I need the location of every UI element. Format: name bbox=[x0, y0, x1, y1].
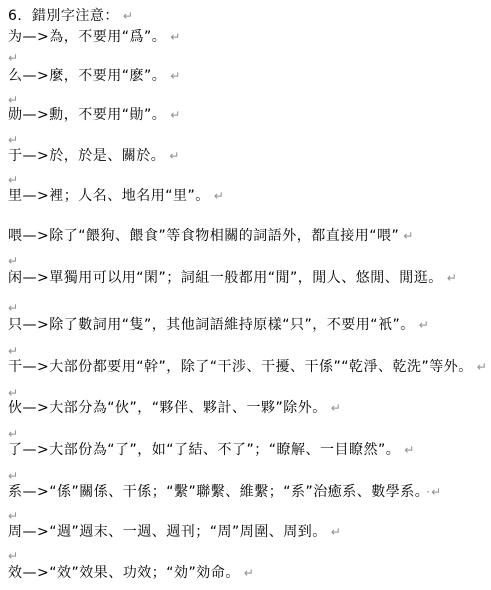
text-line: 闲—>單獨用可以用“閑”；詞組一般都用“閒”，閒人、悠閒、閒逛。↵ bbox=[8, 270, 458, 287]
document-page: 6．錯別字注意：↵为—>為，不要用“爲”。↵↵么—>麼，不要用“麽”。↵↵勋—>… bbox=[0, 0, 491, 590]
line-text: 只—>除了數詞用“隻”，其他詞語維持原樣“只”，不要用“衹”。 bbox=[8, 317, 415, 333]
blank-line: ↵ bbox=[8, 172, 19, 189]
line-text: 闲—>單獨用可以用“閑”；詞組一般都用“閒”，閒人、悠閒、閒逛。 bbox=[8, 270, 443, 286]
paragraph-mark-icon: ↵ bbox=[447, 271, 458, 285]
paragraph-mark-icon: ↵ bbox=[419, 318, 430, 332]
text-line: 为—>為，不要用“爲”。↵ bbox=[8, 29, 181, 46]
paragraph-mark-icon: ↵ bbox=[8, 427, 19, 441]
paragraph-mark-icon: ↵ bbox=[8, 51, 19, 65]
text-line: 干—>大部份都要用“幹”，除了“干涉、干擾、干係”“乾淨、乾洗”等外。↵ bbox=[8, 359, 488, 376]
paragraph-mark-icon: ↵ bbox=[8, 133, 19, 147]
text-line: 里—>裡；人名、地名用“里”。↵ bbox=[8, 188, 225, 205]
paragraph-mark-icon: ↵ bbox=[123, 9, 134, 23]
text-line: 喂—>除了“餵狗、餵食”等食物相關的詞語外，都直接用“喂”↵ bbox=[8, 228, 414, 245]
paragraph-mark-icon: ↵ bbox=[8, 254, 19, 268]
blank-line: ↵ bbox=[8, 343, 19, 360]
paragraph-mark-icon: ↵ bbox=[8, 549, 19, 563]
paragraph-mark-icon: ↵ bbox=[170, 108, 181, 122]
text-line: 了—>大部份為“了”，如“了結、不了”；“瞭解、一目瞭然”。↵ bbox=[8, 442, 415, 459]
text-line: 6．錯別字注意：↵ bbox=[8, 8, 134, 25]
blank-line: ↵ bbox=[8, 300, 19, 317]
blank-line: ↵ bbox=[8, 468, 19, 485]
text-line: 周—>“週”週末、一週、週刊；“周”周圍、周到。↵ bbox=[8, 524, 342, 541]
paragraph-mark-icon: ↵ bbox=[170, 69, 181, 83]
paragraph-mark-icon: ↵ bbox=[403, 229, 414, 243]
text-line: 只—>除了數詞用“隻”，其他詞語維持原樣“只”，不要用“衹”。↵ bbox=[8, 317, 430, 334]
paragraph-mark-icon: ↵ bbox=[404, 443, 415, 457]
blank-line: ↵ bbox=[8, 132, 19, 149]
line-text: 为—>為，不要用“爲”。 bbox=[8, 29, 166, 45]
blank-line: ↵ bbox=[8, 50, 19, 67]
paragraph-mark-icon: ↵ bbox=[8, 173, 19, 187]
paragraph-mark-icon: ↵ bbox=[170, 30, 181, 44]
paragraph-mark-icon: ↵ bbox=[244, 566, 255, 580]
line-text: 于—>於，於是、關於。 bbox=[8, 148, 165, 164]
paragraph-mark-icon: ↵ bbox=[8, 469, 19, 483]
paragraph-mark-icon: ↵ bbox=[477, 360, 488, 374]
line-text: 么—>麼，不要用“麽”。 bbox=[8, 68, 166, 84]
paragraph-mark-icon: ↵ bbox=[214, 189, 225, 203]
paragraph-mark-icon: ↵ bbox=[169, 149, 180, 163]
line-text: 系—>“係”關係、干係；“繫”聯繫、維繫；“系”治癒系、數學系。 bbox=[8, 484, 422, 500]
blank-line: ↵ bbox=[8, 426, 19, 443]
blank-line: ↵ bbox=[8, 253, 19, 270]
text-line: 勋—>勳，不要用“勛”。↵ bbox=[8, 107, 181, 124]
paragraph-mark-icon: ·↵ bbox=[426, 485, 442, 499]
text-line: 效—>“效”效果、功效；“効”効命。↵ bbox=[8, 565, 255, 582]
blank-line: ↵ bbox=[8, 548, 19, 565]
paragraph-mark-icon: ↵ bbox=[331, 525, 342, 539]
text-line: 系—>“係”關係、干係；“繫”聯繫、維繫；“系”治癒系、數學系。·↵ bbox=[8, 484, 442, 501]
line-text: 干—>大部份都要用“幹”，除了“干涉、干擾、干係”“乾淨、乾洗”等外。 bbox=[8, 359, 473, 375]
paragraph-mark-icon: ↵ bbox=[8, 93, 19, 107]
line-text: 效—>“效”效果、功效；“効”効命。 bbox=[8, 565, 240, 581]
line-text: 了—>大部份為“了”，如“了結、不了”；“瞭解、一目瞭然”。 bbox=[8, 442, 400, 458]
line-text: 喂—>除了“餵狗、餵食”等食物相關的詞語外，都直接用“喂” bbox=[8, 228, 399, 244]
line-text: 勋—>勳，不要用“勛”。 bbox=[8, 107, 166, 123]
text-line: 伙—>大部分為“伙”，“夥伴、夥計、一夥”除外。↵ bbox=[8, 400, 342, 417]
paragraph-mark-icon: ↵ bbox=[8, 301, 19, 315]
paragraph-mark-icon: ↵ bbox=[8, 386, 19, 400]
line-text: 伙—>大部分為“伙”，“夥伴、夥計、一夥”除外。 bbox=[8, 400, 327, 416]
text-line: 么—>麼，不要用“麽”。↵ bbox=[8, 68, 181, 85]
line-text: 里—>裡；人名、地名用“里”。 bbox=[8, 188, 210, 204]
line-text: 6．錯別字注意： bbox=[8, 8, 119, 24]
blank-line: ↵ bbox=[8, 508, 19, 525]
text-line: 于—>於，於是、關於。↵ bbox=[8, 148, 180, 165]
line-text: 周—>“週”週末、一週、週刊；“周”周圍、周到。 bbox=[8, 524, 327, 540]
paragraph-mark-icon: ↵ bbox=[8, 509, 19, 523]
paragraph-mark-icon: ↵ bbox=[8, 344, 19, 358]
paragraph-mark-icon: ↵ bbox=[331, 401, 342, 415]
